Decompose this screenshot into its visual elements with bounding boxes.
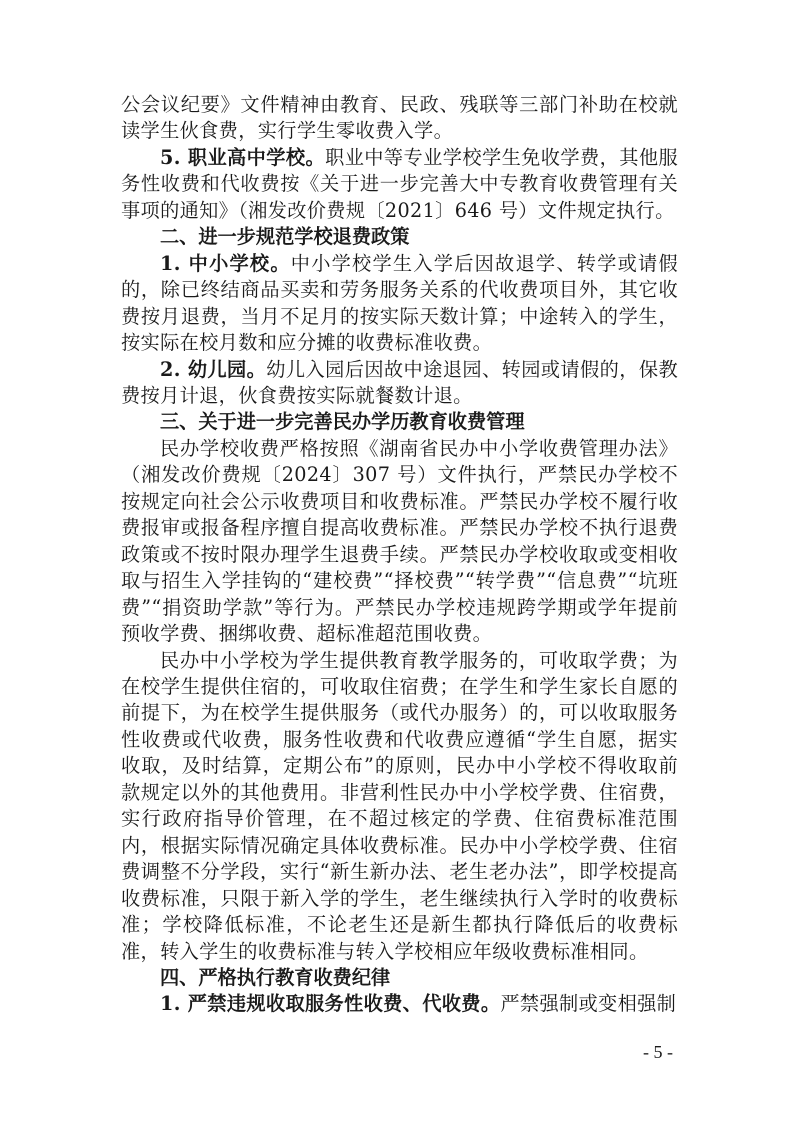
item-lead: 1. 中小学校。 xyxy=(160,252,291,275)
item-text: 严禁强制或变相强制 xyxy=(500,992,676,1015)
page-number: - 5 - xyxy=(643,1042,673,1063)
paragraph-private-school-fees: 民办学校收费严格按照《湖南省民办中小学收费管理办法》（湘发改价费规〔2024〕3… xyxy=(121,436,678,648)
paragraph-continuation: 公会议纪要》文件精神由教育、民政、残联等三部门补助在校就读学生伙食费，实行学生零… xyxy=(121,92,678,145)
item-kindergarten: 2. 幼儿园。幼儿入园后因故中途退园、转园或请假的，保教费按月计退，伙食费按实际… xyxy=(121,357,678,410)
paragraph-private-school-services: 民办中小学校为学生提供教育教学服务的，可收取学费；为在校学生提供住宿的，可收取住… xyxy=(121,648,678,965)
item-prohibit-illegal-fees: 1. 严禁违规收取服务性收费、代收费。严禁强制或变相强制 xyxy=(121,991,678,1017)
item-lead: 1. 严禁违规收取服务性收费、代收费。 xyxy=(160,992,500,1015)
item-lead: 2. 幼儿园。 xyxy=(160,358,266,381)
item-lead: 5. 职业高中学校。 xyxy=(160,146,325,169)
item-vocational-high-school: 5. 职业高中学校。职业中等专业学校学生免收学费，其他服务性收费和代收费按《关于… xyxy=(121,145,678,224)
section-heading-3: 三、关于进一步完善民办学历教育收费管理 xyxy=(121,409,678,435)
document-page-body: 公会议纪要》文件精神由教育、民政、残联等三部门补助在校就读学生伙食费，实行学生零… xyxy=(121,92,678,1018)
section-heading-2: 二、进一步规范学校退费政策 xyxy=(121,224,678,250)
item-primary-secondary-schools: 1. 中小学校。中小学校学生入学后因故退学、转学或请假的，除已终结商品买卖和劳务… xyxy=(121,251,678,357)
section-heading-4: 四、严格执行教育收费纪律 xyxy=(121,965,678,991)
